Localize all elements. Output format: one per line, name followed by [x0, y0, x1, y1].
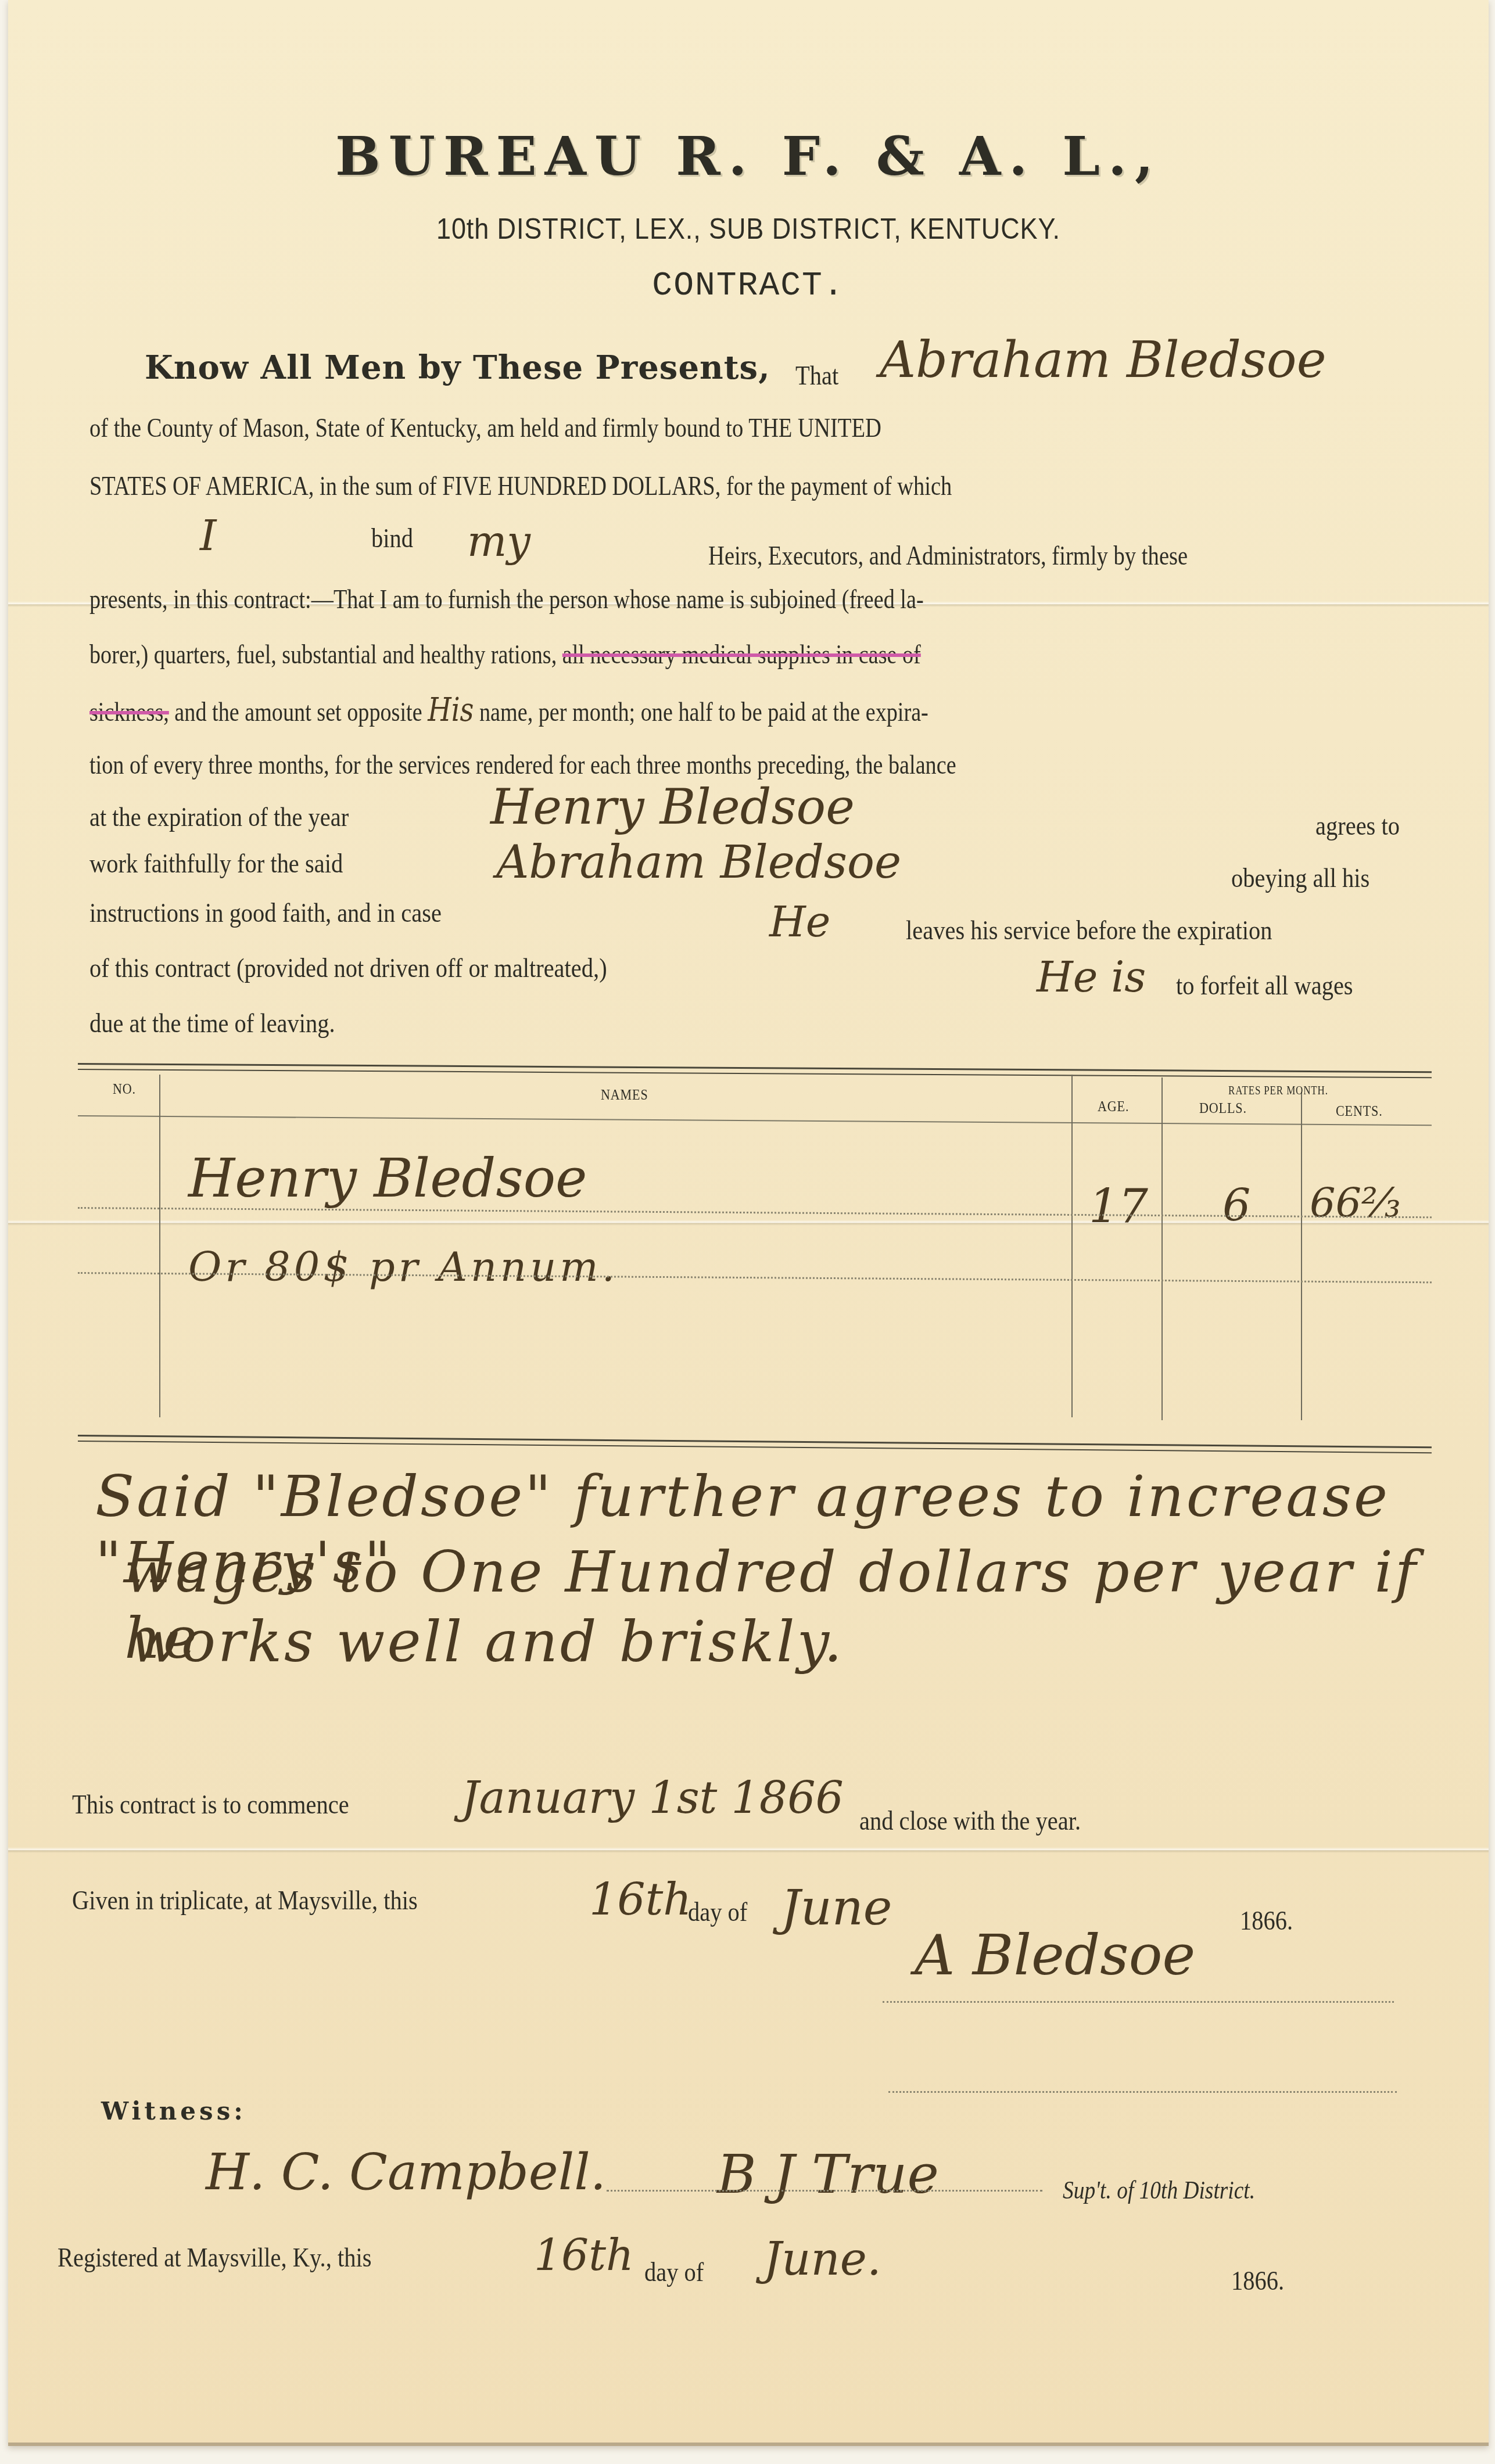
header-age: AGE. [1098, 1098, 1129, 1115]
body-line: of the County of Mason, State of Kentuck… [89, 412, 881, 443]
row-dolls: 6 [1222, 1179, 1250, 1231]
body-line: instructions in good faith, and in case [89, 897, 442, 928]
employer-name-handwritten: Abraham Bledsoe [880, 331, 1327, 389]
registered-text: Registered at Maysville, Ky., this [58, 2242, 371, 2273]
body-line: Heirs, Executors, and Administrators, fi… [708, 540, 1188, 571]
body-line: leaves his service before the expiration [906, 915, 1272, 946]
commence-text: This contract is to commence [72, 1789, 349, 1820]
col-divider [1161, 1077, 1163, 1420]
row-age: 17 [1089, 1179, 1148, 1233]
col-divider [1071, 1075, 1073, 1417]
district-subtitle: 10th DISTRICT, LEX., SUB DISTRICT, KENTU… [82, 212, 1414, 246]
body-line: borer,) quarters, fuel, substantial and … [89, 639, 921, 670]
signature-line [883, 2001, 1394, 2003]
he-is-handwritten: He is [1037, 953, 1146, 1001]
body-line: to forfeit all wages [1176, 970, 1353, 1001]
his-handwritten: His [428, 691, 474, 729]
witness-label: Witness: [101, 2097, 246, 2125]
body-line: tion of every three months, for the serv… [89, 749, 956, 780]
header-no: NO. [113, 1080, 136, 1098]
body-text: name, per month; one half to be paid at … [479, 697, 928, 727]
row-name-handwritten: Henry Bledsoe [188, 1147, 587, 1209]
addendum-line: works well and briskly. [130, 1609, 844, 1675]
contract-document: BUREAU R. F. & A. L., 10th DISTRICT, LEX… [8, 0, 1489, 2446]
given-text: day of [688, 1897, 747, 1927]
supt-signature: B J True [717, 2143, 939, 2206]
body-line: sickness, and the amount set opposite Hi… [89, 691, 928, 729]
body-line: work faithfully for the said [89, 848, 343, 879]
body-line: agrees to [1315, 810, 1400, 841]
body-text: borer,) quarters, fuel, substantial and … [89, 640, 557, 669]
table-top-rule [78, 1063, 1432, 1073]
given-text: Given in triplicate, at Maysville, this [72, 1885, 418, 1916]
struck-text: sickness, [89, 697, 169, 727]
witness-signature: H. C. Campbell. [206, 2143, 606, 2201]
row-cents: 66⅔ [1310, 1179, 1401, 1227]
commence-date-handwritten: January 1st 1866 [461, 1772, 844, 1823]
row-note-handwritten: Or 80$ pr Annum. [188, 1243, 618, 1291]
preamble-gothic: Know All Men by These Presents, [145, 349, 770, 387]
body-line: presents, in this contract:—That I am to… [89, 584, 924, 615]
bureau-title: BUREAU R. F. & A. L., [8, 125, 1489, 188]
struck-text: all necessary medical supplies in case o… [562, 640, 921, 669]
body-text: and the amount set opposite [174, 697, 422, 727]
col-divider [159, 1075, 160, 1417]
paper-fold [8, 1847, 1489, 1853]
header-cents: CENTS. [1336, 1102, 1383, 1120]
header-names: NAMES [601, 1086, 648, 1104]
pronoun-handwritten: I [200, 511, 216, 560]
supt-title: Sup't. of 10th District. [1063, 2175, 1255, 2205]
registered-month-handwritten: June. [763, 2233, 881, 2286]
preamble-that: That [795, 360, 838, 391]
paper-fold [8, 1220, 1489, 1226]
registered-text: day of [644, 2257, 704, 2287]
body-line: obeying all his [1231, 863, 1369, 893]
col-divider [1301, 1092, 1302, 1420]
registered-day-handwritten: 16th [534, 2230, 634, 2280]
given-year: 1866. [1240, 1905, 1293, 1936]
body-bind: bind [371, 523, 413, 554]
table-bottom-rule [78, 1441, 1432, 1453]
body-line: of this contract (provided not driven of… [89, 953, 607, 983]
employer-signature: A Bledsoe [915, 1923, 1195, 1988]
he-handwritten: He [769, 897, 830, 946]
signature-line [888, 2091, 1397, 2093]
registered-year: 1866. [1231, 2265, 1284, 2296]
laborer-name-handwritten: Henry Bledsoe [490, 778, 855, 835]
given-month-handwritten: June [781, 1879, 892, 1936]
document-type: CONTRACT. [8, 267, 1489, 305]
body-line: at the expiration of the year [89, 802, 349, 832]
signature-line [607, 2190, 1042, 2192]
given-day-handwritten: 16th [589, 1873, 691, 1925]
commence-text: and close with the year. [859, 1805, 1081, 1836]
my-handwritten: my [467, 517, 530, 566]
employer-name-handwritten-2: Abraham Bledsoe [496, 836, 901, 889]
body-line: STATES OF AMERICA, in the sum of FIVE HU… [89, 470, 952, 501]
body-line: due at the time of leaving. [89, 1008, 335, 1039]
header-rates: RATES PER MONTH. [1228, 1084, 1328, 1098]
header-dolls: DOLLS. [1199, 1100, 1247, 1117]
